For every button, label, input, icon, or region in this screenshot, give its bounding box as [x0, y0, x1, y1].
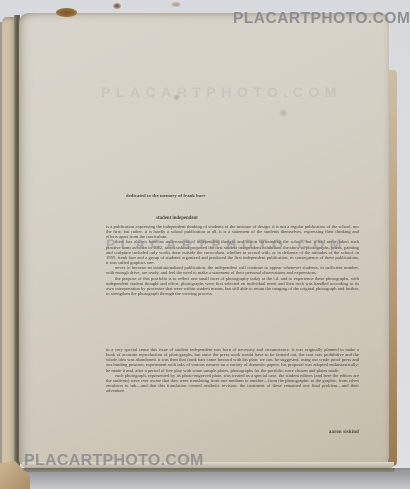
paragraph: each photograph, represented by its phot…: [106, 373, 359, 394]
page-heading: student independent: [156, 216, 198, 221]
closing-text-block: in a very special sense this issue of st…: [106, 347, 359, 393]
paragraph: never to become an institutionalized pub…: [106, 265, 359, 275]
page-smudge: [279, 109, 288, 117]
book-cover-right-edge: [388, 70, 397, 466]
tape-speck: [171, 2, 181, 7]
author-signature: aaron siskind: [106, 430, 359, 435]
watermark-middle: PLACARTPHOTO.COM: [106, 236, 347, 252]
paragraph: in a very special sense this issue of st…: [106, 347, 359, 373]
dedication-line: dedicated to the memory of frank barr: [126, 193, 205, 198]
tape-speck: [56, 8, 77, 17]
watermark-upper-faint: PLACARTPHOTO.COM: [101, 84, 342, 100]
watermark-bottom: PLACARTPHOTO.COM: [24, 452, 204, 470]
watermark-top: PLACARTPHOTO.COM: [233, 10, 410, 28]
intro-text-block: is a publication expressing the independ…: [106, 224, 359, 296]
tape-speck: [113, 3, 121, 9]
paragraph: the purpose of this portfolio is to refl…: [106, 276, 359, 297]
